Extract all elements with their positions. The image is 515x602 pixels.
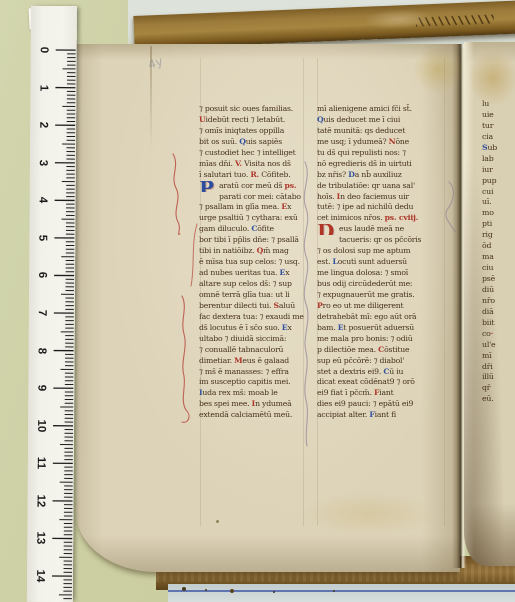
manuscript-line: ciu bbox=[482, 262, 515, 273]
facing-page-text-edge: luuieturciaSublabiurpupcuiuī.moptirigōdm… bbox=[482, 98, 515, 404]
ruler-number-5: 5 bbox=[34, 227, 50, 249]
manuscript-line: uī. bbox=[482, 196, 515, 207]
text-segment: mo bbox=[482, 208, 494, 217]
ruler-number-3: 3 bbox=[35, 152, 51, 174]
ruler-number-13: 13 bbox=[32, 527, 48, 549]
text-segment: rig bbox=[482, 230, 493, 239]
manuscript-line: biit bbox=[482, 317, 515, 328]
manuscript-line: co· bbox=[482, 328, 515, 339]
manuscript-line: ma bbox=[482, 251, 515, 262]
text-segment: biit bbox=[482, 318, 494, 327]
manuscript-line: Sub bbox=[482, 142, 515, 153]
ruler-number-14: 14 bbox=[32, 565, 48, 587]
text-segment: psē bbox=[482, 274, 495, 283]
text-segment: uī. bbox=[482, 197, 491, 206]
text-segment: lab bbox=[482, 154, 494, 163]
manuscript-line: tur bbox=[482, 120, 515, 131]
manuscript-line: nr̄o bbox=[482, 295, 515, 306]
centimetre-ruler: 01234567891011121314 bbox=[27, 6, 77, 602]
text-segment: mī bbox=[482, 351, 492, 360]
manuscript-line: rig bbox=[482, 229, 515, 240]
manuscript-line: mī bbox=[482, 350, 515, 361]
text-segment: ub bbox=[487, 143, 497, 152]
text-segment: ul'e bbox=[482, 340, 495, 349]
text-segment: dr̄i bbox=[482, 362, 493, 371]
ruler-number-8: 8 bbox=[34, 339, 50, 361]
text-segment: diā bbox=[482, 307, 494, 316]
blue-guide-line bbox=[168, 590, 515, 592]
ruler-number-7: 7 bbox=[34, 302, 50, 324]
red-penwork-lower bbox=[182, 296, 189, 422]
text-segment: qr̄ bbox=[482, 383, 490, 392]
manuscript-line: psē bbox=[482, 273, 515, 284]
manuscript-line: mo bbox=[482, 207, 515, 218]
text-segment: pup bbox=[482, 176, 496, 185]
ruler-number-10: 10 bbox=[33, 415, 49, 437]
binding-shine bbox=[363, 8, 434, 31]
text-segment: · bbox=[491, 329, 494, 338]
ruler-number-12: 12 bbox=[32, 490, 48, 512]
text-segment: tur bbox=[482, 121, 493, 130]
manuscript-line: iur bbox=[482, 164, 515, 175]
manuscript-photo-scene: 4y ⁊ posuit sic oues familias.Uidebūt re… bbox=[0, 0, 515, 602]
manuscript-line: ul'e bbox=[482, 339, 515, 350]
text-segment: ciu bbox=[482, 263, 493, 272]
ruler-number-6: 6 bbox=[34, 264, 50, 286]
text-segment: eū. bbox=[482, 394, 494, 403]
text-segment: illū bbox=[482, 372, 494, 381]
table-surface-strip bbox=[168, 584, 515, 602]
manuscript-line: qr̄ bbox=[482, 382, 515, 393]
manuscript-line: pti bbox=[482, 218, 515, 229]
red-penwork-upper bbox=[173, 154, 180, 234]
red-penwork-initial-tail bbox=[191, 224, 197, 286]
ruler-number-0: 0 bbox=[36, 39, 52, 61]
text-segment: nr̄o bbox=[482, 296, 495, 305]
manuscript-line: cui bbox=[482, 186, 515, 197]
text-segment: uie bbox=[482, 110, 494, 119]
text-segment: ma bbox=[482, 252, 494, 261]
text-segment: co bbox=[482, 329, 491, 338]
text-segment: iur bbox=[482, 165, 493, 174]
ruler-number-4: 4 bbox=[35, 189, 51, 211]
manuscript-line: lu bbox=[482, 98, 515, 109]
manuscript-line: lab bbox=[482, 153, 515, 164]
manuscript-line: diū bbox=[482, 284, 515, 295]
manuscript-line: diā bbox=[482, 306, 515, 317]
text-segment: diū bbox=[482, 285, 494, 294]
text-segment: ōd bbox=[482, 241, 491, 250]
text-segment: pti bbox=[482, 219, 492, 228]
purple-penwork-center bbox=[304, 162, 308, 446]
text-segment: lu bbox=[482, 99, 489, 108]
text-segment: cia bbox=[482, 132, 493, 141]
debris-specks bbox=[182, 587, 186, 591]
manuscript-line: cia bbox=[482, 131, 515, 142]
manuscript-line: dr̄i bbox=[482, 361, 515, 372]
ruler-number-11: 11 bbox=[33, 452, 49, 474]
ruler-number-2: 2 bbox=[35, 114, 51, 136]
manuscript-line: pup bbox=[482, 175, 515, 186]
manuscript-line: illū bbox=[482, 371, 515, 382]
manuscript-line: uie bbox=[482, 109, 515, 120]
ruler-number-9: 9 bbox=[33, 377, 49, 399]
penwork-flourishes bbox=[76, 44, 460, 572]
purple-penwork-right bbox=[446, 182, 455, 232]
ruler-number-1: 1 bbox=[35, 76, 51, 98]
manuscript-line: ōd bbox=[482, 240, 515, 251]
manuscript-line: eū. bbox=[482, 393, 515, 404]
text-segment: cui bbox=[482, 187, 493, 196]
